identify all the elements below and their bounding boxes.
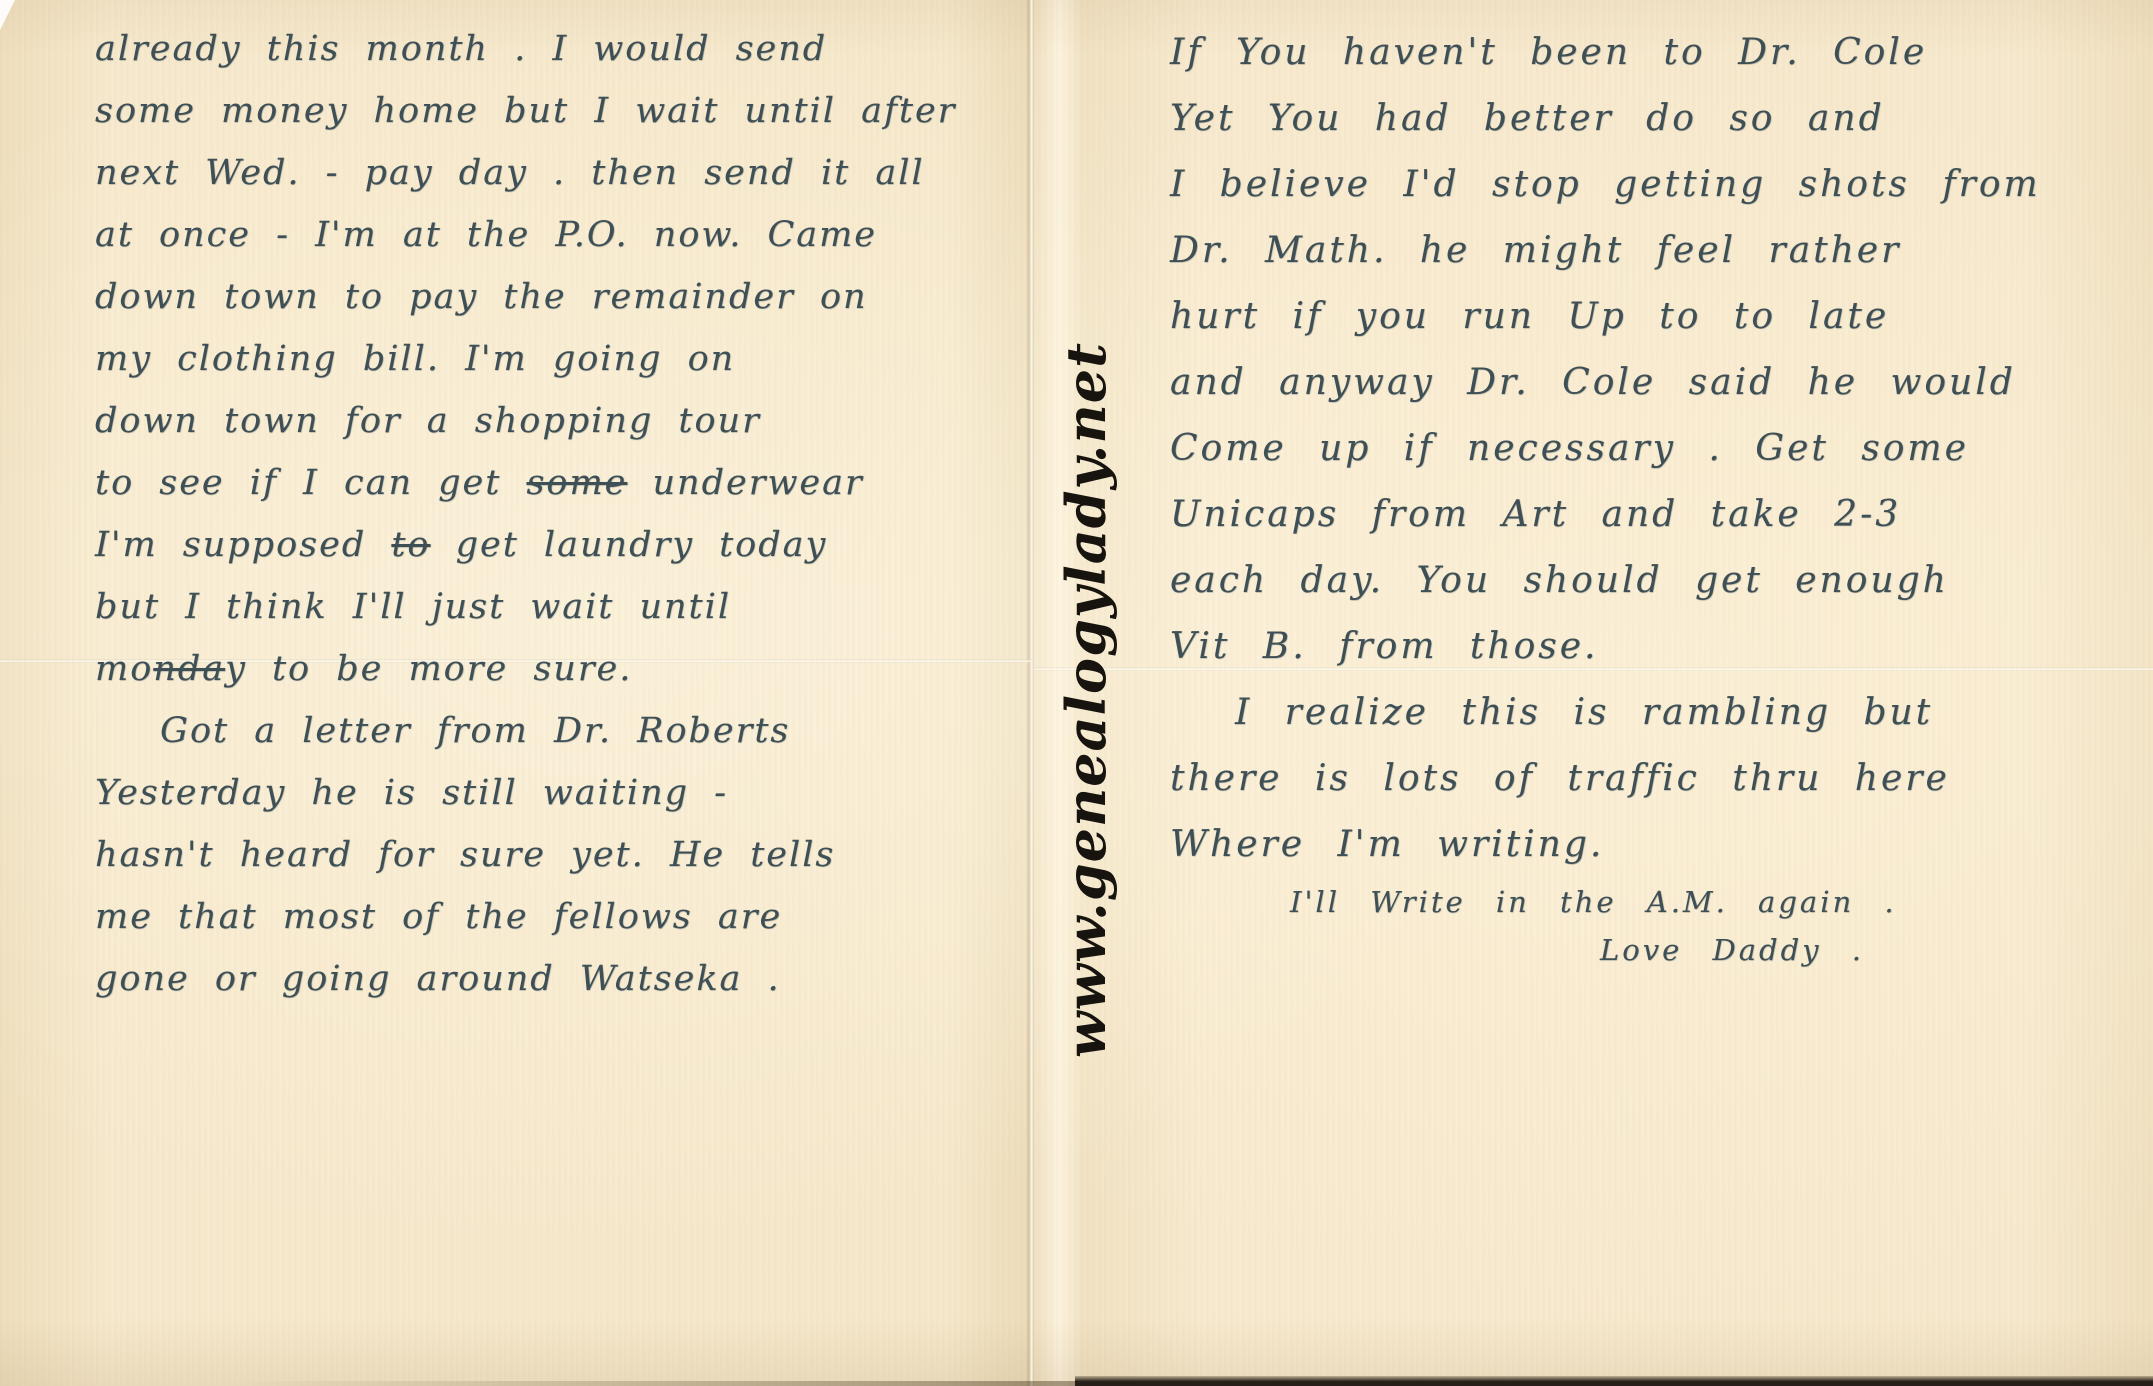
letter-line: some money home but I wait until after <box>95 80 1055 142</box>
letter-line: Got a letter from Dr. Roberts <box>95 700 1055 762</box>
letter-text-segment: Vit B. from those. <box>1170 626 1598 667</box>
scan-bottom-edge-shadow-right <box>1075 1376 2153 1386</box>
letter-line: to see if I can get some underwear <box>95 452 1055 514</box>
letter-scan: already this month . I would sendsome mo… <box>0 0 2153 1386</box>
letter-text-segment: hasn't heard for sure yet. He tells <box>95 835 835 875</box>
letter-line: I realize this is rambling but <box>1170 680 2145 746</box>
letter-line: down town to pay the remainder on <box>95 266 1055 328</box>
letter-text-segment: Love Daddy . <box>1600 933 1864 967</box>
letter-text-segment: down town to pay the remainder on <box>95 277 868 317</box>
letter-text-segment: I'll Write in the A.M. again . <box>1290 885 1897 919</box>
letter-line: hurt if you run Up to to late <box>1170 284 2145 350</box>
letter-line: there is lots of traffic thru here <box>1170 746 2145 812</box>
letter-line: down town for a shopping tour <box>95 390 1055 452</box>
struck-word: nda <box>153 649 225 689</box>
letter-text-segment: to see if I can get <box>95 463 526 503</box>
letter-line: I'll Write in the A.M. again . <box>1170 878 2145 926</box>
letter-text-segment: next Wed. - pay day . then send it all <box>95 153 925 193</box>
struck-word: to <box>391 525 430 565</box>
letter-text-segment: down town for a shopping tour <box>95 401 761 441</box>
letter-line: Love Daddy . <box>1170 926 2145 974</box>
letter-text-segment: Where I'm writing. <box>1170 824 1604 865</box>
struck-word: some <box>526 463 627 503</box>
letter-text-segment: mo <box>95 649 153 689</box>
letter-text-segment: each day. You should get enough <box>1170 560 1949 601</box>
letter-text-segment: Got a letter from Dr. Roberts <box>160 711 790 751</box>
letter-text-segment: I realize this is rambling but <box>1235 692 1933 733</box>
letter-text-segment: my clothing bill. I'm going on <box>95 339 735 379</box>
letter-text-segment: I believe I'd stop getting shots from <box>1170 164 2041 205</box>
letter-text-segment: and anyway Dr. Cole said he would <box>1170 362 2016 403</box>
letter-line: already this month . I would send <box>95 18 1055 80</box>
letter-page-left: already this month . I would sendsome mo… <box>95 18 1055 1010</box>
letter-line: Dr. Math. he might feel rather <box>1170 218 2145 284</box>
letter-text-segment: underwear <box>627 463 863 503</box>
letter-line: my clothing bill. I'm going on <box>95 328 1055 390</box>
scan-bottom-edge-shadow-left <box>235 1381 1080 1386</box>
letter-line: Where I'm writing. <box>1170 812 2145 878</box>
letter-text-segment: y to be more sure. <box>225 649 632 689</box>
letter-line: Vit B. from those. <box>1170 614 2145 680</box>
letter-line: Unicaps from Art and take 2-3 <box>1170 482 2145 548</box>
letter-line: but I think I'll just wait until <box>95 576 1055 638</box>
letter-text-segment: but I think I'll just wait until <box>95 587 731 627</box>
letter-text-segment: Come up if necessary . Get some <box>1170 428 1969 469</box>
letter-text-segment: me that most of the fellows are <box>95 897 782 937</box>
letter-text-segment: Unicaps from Art and take 2-3 <box>1170 494 1901 535</box>
letter-text-segment: If You haven't been to Dr. Cole <box>1170 32 1927 73</box>
letter-page-right: If You haven't been to Dr. ColeYet You h… <box>1170 20 2145 974</box>
letter-text-segment: already this month . I would send <box>95 29 827 69</box>
letter-line: If You haven't been to Dr. Cole <box>1170 20 2145 86</box>
letter-text-segment: get laundry today <box>431 525 828 565</box>
letter-line: and anyway Dr. Cole said he would <box>1170 350 2145 416</box>
letter-line: me that most of the fellows are <box>95 886 1055 948</box>
letter-line: Yet You had better do so and <box>1170 86 2145 152</box>
letter-text-segment: some money home but I wait until after <box>95 91 956 131</box>
letter-text-segment: hurt if you run Up to to late <box>1170 296 1889 337</box>
letter-text-segment: Yet You had better do so and <box>1170 98 1885 139</box>
letter-line: I believe I'd stop getting shots from <box>1170 152 2145 218</box>
letter-line: gone or going around Watseka . <box>95 948 1055 1010</box>
letter-text-segment: Yesterday he is still waiting - <box>95 773 728 813</box>
letter-text-segment: at once - I'm at the P.O. now. Came <box>95 215 877 255</box>
letter-line: Yesterday he is still waiting - <box>95 762 1055 824</box>
scan-corner-artifact <box>0 0 15 30</box>
letter-text-segment: I'm supposed <box>95 525 391 565</box>
letter-line: hasn't heard for sure yet. He tells <box>95 824 1055 886</box>
letter-line: next Wed. - pay day . then send it all <box>95 142 1055 204</box>
letter-line: monday to be more sure. <box>95 638 1055 700</box>
letter-line: each day. You should get enough <box>1170 548 2145 614</box>
letter-text-segment: Dr. Math. he might feel rather <box>1170 230 1901 271</box>
letter-line: Come up if necessary . Get some <box>1170 416 2145 482</box>
letter-line: I'm supposed to get laundry today <box>95 514 1055 576</box>
letter-line: at once - I'm at the P.O. now. Came <box>95 204 1055 266</box>
letter-text-segment: gone or going around Watseka . <box>95 959 781 999</box>
letter-text-segment: there is lots of traffic thru here <box>1170 758 1950 799</box>
watermark-text: www.genealogylady.net <box>1054 342 1118 1058</box>
